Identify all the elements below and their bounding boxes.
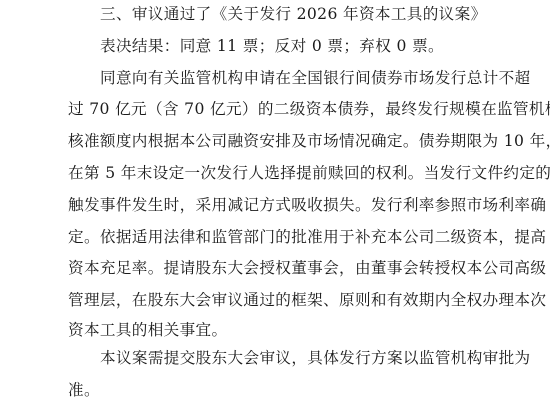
- section-heading: 三、审议通过了《关于发行 2026 年资本工具的议案》: [100, 5, 490, 23]
- paragraph-line: 过 70 亿元（含 70 亿元）的二级资本债券，最终发行规模在监管机构: [68, 100, 488, 118]
- paragraph-line: 在第 5 年末设定一次发行人选择提前赎回的权利。当发行文件约定的: [68, 164, 488, 182]
- paragraph-line: 同意向有关监管机构申请在全国银行间债券市场发行总计不超: [100, 69, 490, 87]
- paragraph-line: 资本工具的相关事宜。: [68, 321, 488, 339]
- paragraph-line: 管理层，在股东大会审议通过的框架、原则和有效期内全权办理本次: [68, 291, 488, 309]
- document-page: 三、审议通过了《关于发行 2026 年资本工具的议案》 表决结果：同意 11 票…: [0, 0, 550, 403]
- paragraph-line: 触发事件发生时，采用减记方式吸收损失。发行利率参照市场利率确: [68, 196, 488, 214]
- vote-result: 表决结果：同意 11 票；反对 0 票；弃权 0 票。: [100, 37, 490, 55]
- paragraph-line: 本议案需提交股东大会审议，具体发行方案以监管机构审批为: [100, 349, 490, 367]
- paragraph-line: 准。: [68, 381, 488, 399]
- paragraph-line: 定。依据适用法律和监管部门的批准用于补充本公司二级资本，提高: [68, 228, 488, 246]
- paragraph-line: 核准额度内根据本公司融资安排及市场情况确定。债券期限为 10 年，: [68, 132, 488, 150]
- paragraph-line: 资本充足率。提请股东大会授权董事会，由董事会转授权本公司高级: [68, 259, 488, 277]
